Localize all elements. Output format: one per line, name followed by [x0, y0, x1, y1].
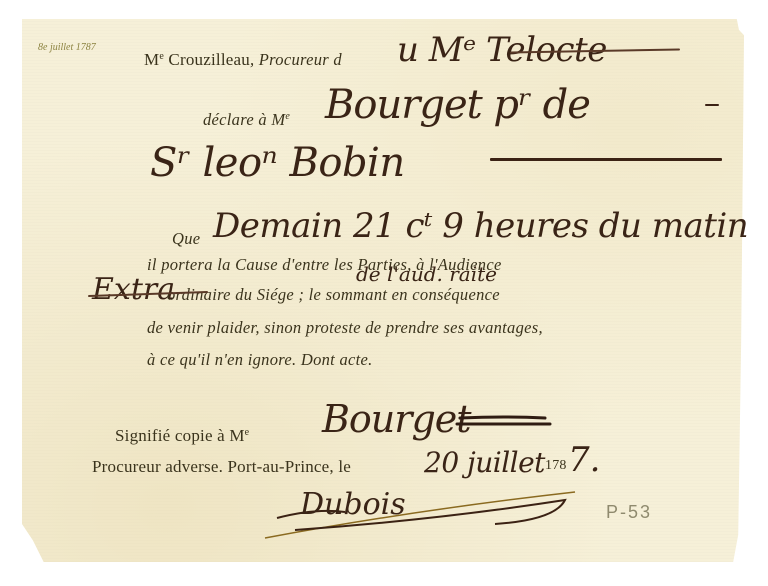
signifie-sup: e: [245, 427, 250, 438]
signifie-label: Signifié copie à M: [115, 426, 245, 445]
line6-printed: ordinaire du Siége ; le sommant en consé…: [167, 285, 500, 305]
fill-line3: [490, 158, 722, 161]
signature-bourget: Bourget: [322, 397, 471, 441]
que-label: Que: [172, 229, 200, 249]
signature-dubois: Dubois: [300, 487, 406, 522]
year-digit-handwritten: 7.: [568, 440, 600, 480]
procureur-label: , Procureur d: [250, 50, 342, 69]
line2-handwritten: Bourget pʳ de: [325, 82, 590, 128]
title-maitre: M: [144, 50, 159, 69]
title-sup: e: [159, 51, 164, 62]
extra-handwritten: Extra: [92, 272, 175, 307]
line3-handwritten: Sʳ leoⁿ Bobin: [150, 140, 405, 186]
date-handwritten: 20 juillet: [424, 446, 545, 479]
declare-label: déclare à M: [203, 110, 285, 129]
signature-bourget-flourish: [455, 400, 555, 430]
year-printed: 178: [545, 458, 567, 474]
pencil-catalog-mark: P-53: [606, 502, 652, 523]
line4-handwritten: Demain 21 cᵗ 9 heures du matin: [213, 206, 748, 246]
dash-line2: [705, 104, 719, 106]
line8-printed: à ce qu'il n'en ignore. Dont acte.: [147, 350, 373, 370]
line9-printed: Signifié copie à Me: [115, 426, 249, 446]
line10-printed: Procureur adverse. Port-au-Prince, le: [92, 457, 351, 477]
margin-note: 8e juillet 1787: [38, 42, 96, 53]
insert-handwritten: de l'aud. raite: [356, 262, 497, 286]
line2-printed: déclare à Me: [203, 110, 290, 130]
line1-printed: Me Crouzilleau, Procureur d: [144, 50, 342, 70]
line7-printed: de venir plaider, sinon proteste de pren…: [147, 318, 543, 338]
declare-sup: e: [285, 111, 290, 122]
procureur-name: Crouzilleau: [168, 50, 250, 69]
